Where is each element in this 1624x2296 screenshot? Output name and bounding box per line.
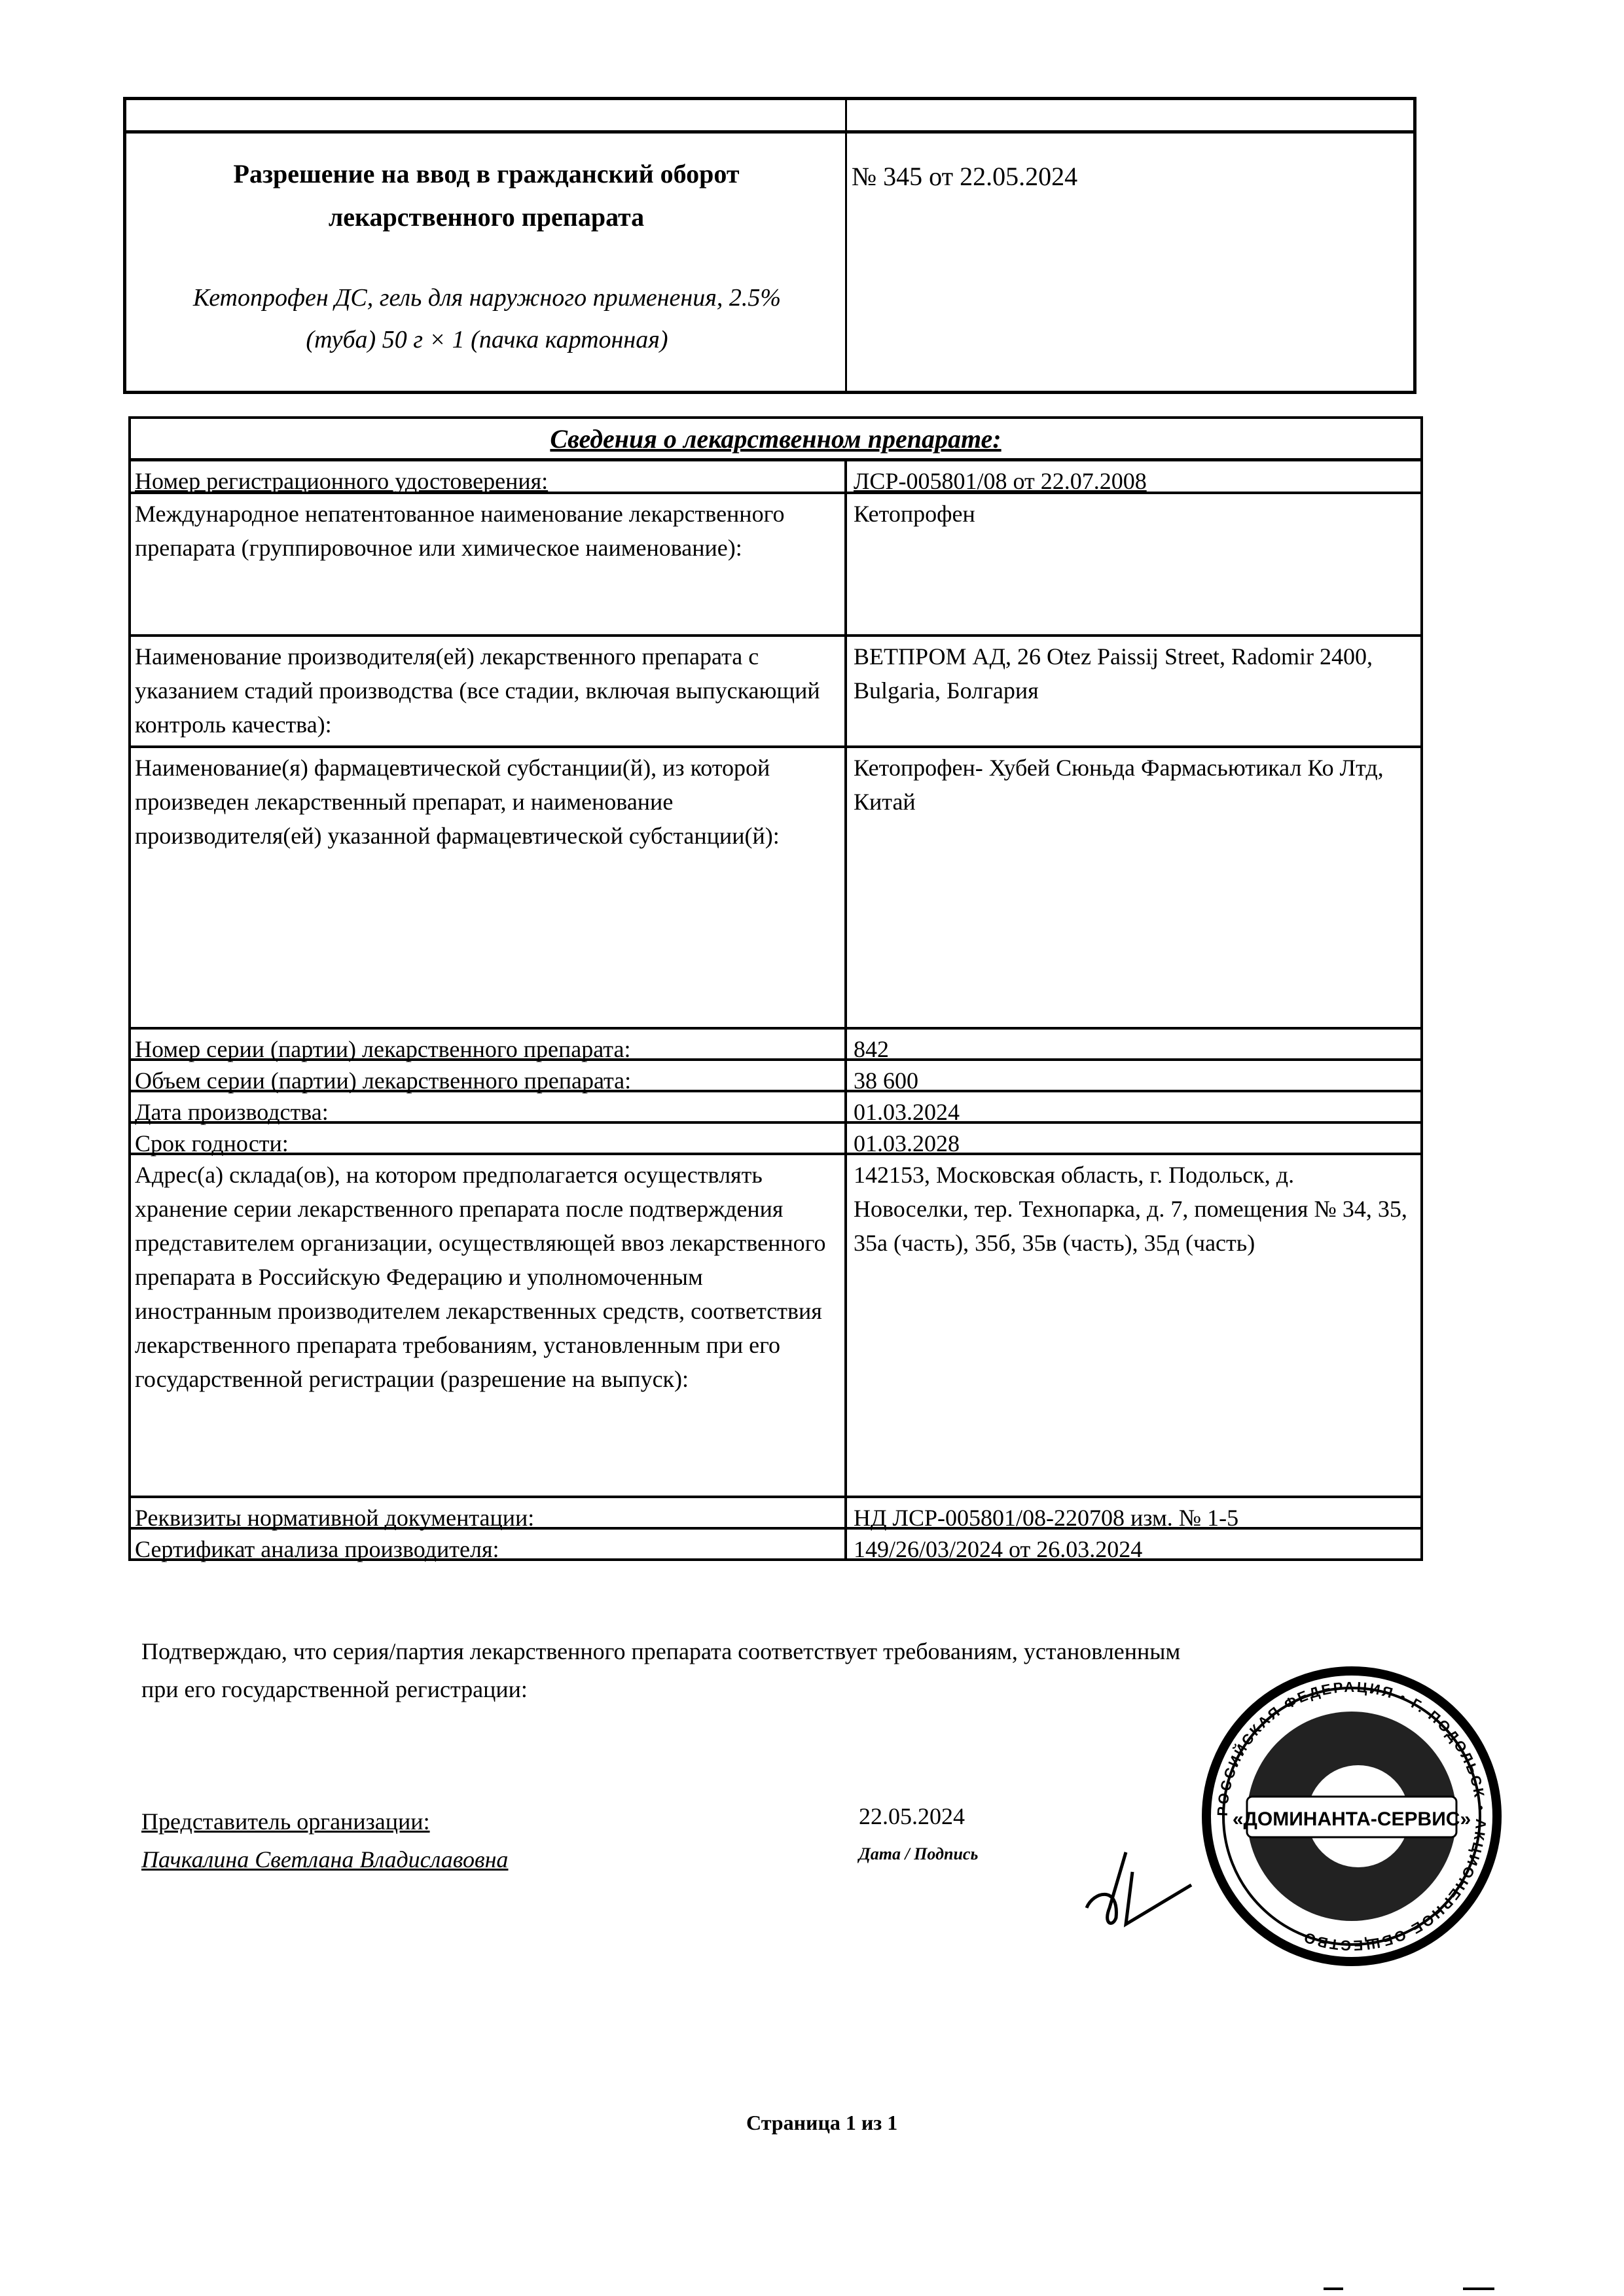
row-value: НД ЛСР-005801/08-220708 изм. № 1-5 [847, 1498, 1420, 1527]
row-value: 01.03.2024 [847, 1092, 1420, 1121]
handwritten-signature-icon [1080, 1846, 1198, 1931]
header-column-divider [845, 100, 847, 391]
row-value: Кетопрофен [847, 494, 1420, 634]
product-description: Кетопрофен ДС, гель для наружного примен… [129, 277, 845, 361]
row-label: Реквизиты нормативной документации: [131, 1498, 847, 1527]
table-row-expiry: Срок годности: 01.03.2028 [131, 1124, 1420, 1155]
scan-artifact [1324, 2287, 1343, 2290]
table-row-production-date: Дата производства: 01.03.2024 [131, 1092, 1420, 1124]
table-row-batch-volume: Объем серии (партии) лекарственного преп… [131, 1061, 1420, 1092]
confirmation-line-1: Подтверждаю, что серия/партия лекарствен… [141, 1632, 1385, 1670]
row-label: Сертификат анализа производителя: [131, 1530, 847, 1558]
confirmation-statement: Подтверждаю, что серия/партия лекарствен… [141, 1632, 1385, 1708]
row-label: Номер регистрационного удостоверения: [131, 461, 847, 492]
row-value: 142153, Московская область, г. Подольск,… [847, 1155, 1420, 1496]
svg-text:«ДОМИНАНТА-СЕРВИС»: «ДОМИНАНТА-СЕРВИС» [1233, 1808, 1471, 1830]
row-value: 149/26/03/2024 от 26.03.2024 [847, 1530, 1420, 1558]
permit-header-table: Разрешение на ввод в гражданский оборот … [123, 97, 1416, 394]
document-page: Разрешение на ввод в гражданский оборот … [0, 0, 1624, 2296]
representative-name: Пачкалина Светлана Владиславовна [141, 1846, 508, 1873]
confirmation-line-2: при его государственной регистрации: [141, 1670, 1385, 1708]
table-row-inn: Международное непатентованное наименован… [131, 494, 1420, 637]
table-row-certificate: Сертификат анализа производителя: 149/26… [131, 1530, 1420, 1558]
row-value: ЛСР-005801/08 от 22.07.2008 [847, 461, 1420, 492]
info-table-caption: Сведения о лекарственном препарате: [131, 419, 1420, 461]
row-label: Адрес(а) склада(ов), на котором предпола… [131, 1155, 847, 1496]
date-signature-caption: Дата / Подпись [859, 1844, 978, 1864]
row-value: 38 600 [847, 1061, 1420, 1090]
row-value: ВЕТПРОМ АД, 26 Otez Paissij Street, Rado… [847, 637, 1420, 745]
representative-label: Представитель организации: [141, 1808, 430, 1835]
table-row-registration: Номер регистрационного удостоверения: ЛС… [131, 461, 1420, 494]
table-row-substance: Наименование(я) фармацевтической субстан… [131, 748, 1420, 1030]
product-line-1: Кетопрофен ДС, гель для наружного примен… [129, 277, 845, 319]
row-label: Объем серии (партии) лекарственного преп… [131, 1061, 847, 1090]
header-top-strip [126, 100, 1413, 134]
table-row-normative-docs: Реквизиты нормативной документации: НД Л… [131, 1498, 1420, 1530]
row-value: 01.03.2028 [847, 1124, 1420, 1153]
permit-number: № 345 от 22.05.2024 [852, 160, 1077, 193]
table-row-batch-number: Номер серии (партии) лекарственного преп… [131, 1030, 1420, 1061]
table-row-manufacturer: Наименование производителя(ей) лекарстве… [131, 637, 1420, 748]
permit-title-line-1: Разрешение на ввод в гражданский оборот [139, 152, 833, 196]
permit-title: Разрешение на ввод в гражданский оборот … [139, 152, 833, 239]
row-label: Срок годности: [131, 1124, 847, 1153]
permit-title-line-2: лекарственного препарата [139, 196, 833, 239]
product-line-2: (туба) 50 г × 1 (пачка картонная) [129, 319, 845, 361]
row-label: Наименование(я) фармацевтической субстан… [131, 748, 847, 1027]
row-label: Номер серии (партии) лекарственного преп… [131, 1030, 847, 1058]
signature-date: 22.05.2024 [859, 1803, 965, 1830]
row-value: Кетопрофен- Хубей Сюньда Фармасьютикал К… [847, 748, 1420, 1027]
row-label: Дата производства: [131, 1092, 847, 1121]
company-seal-icon: «ДОМИНАНТА-СЕРВИС» РОССИЙСКАЯ ФЕДЕРАЦИЯ … [1201, 1666, 1502, 1967]
row-label: Международное непатентованное наименован… [131, 494, 847, 634]
table-row-warehouse-address: Адрес(а) склада(ов), на котором предпола… [131, 1155, 1420, 1498]
scan-artifact [1463, 2287, 1494, 2290]
drug-info-table: Сведения о лекарственном препарате: Номе… [128, 416, 1423, 1561]
page-number: Страница 1 из 1 [746, 2111, 897, 2135]
row-label: Наименование производителя(ей) лекарстве… [131, 637, 847, 745]
row-value: 842 [847, 1030, 1420, 1058]
